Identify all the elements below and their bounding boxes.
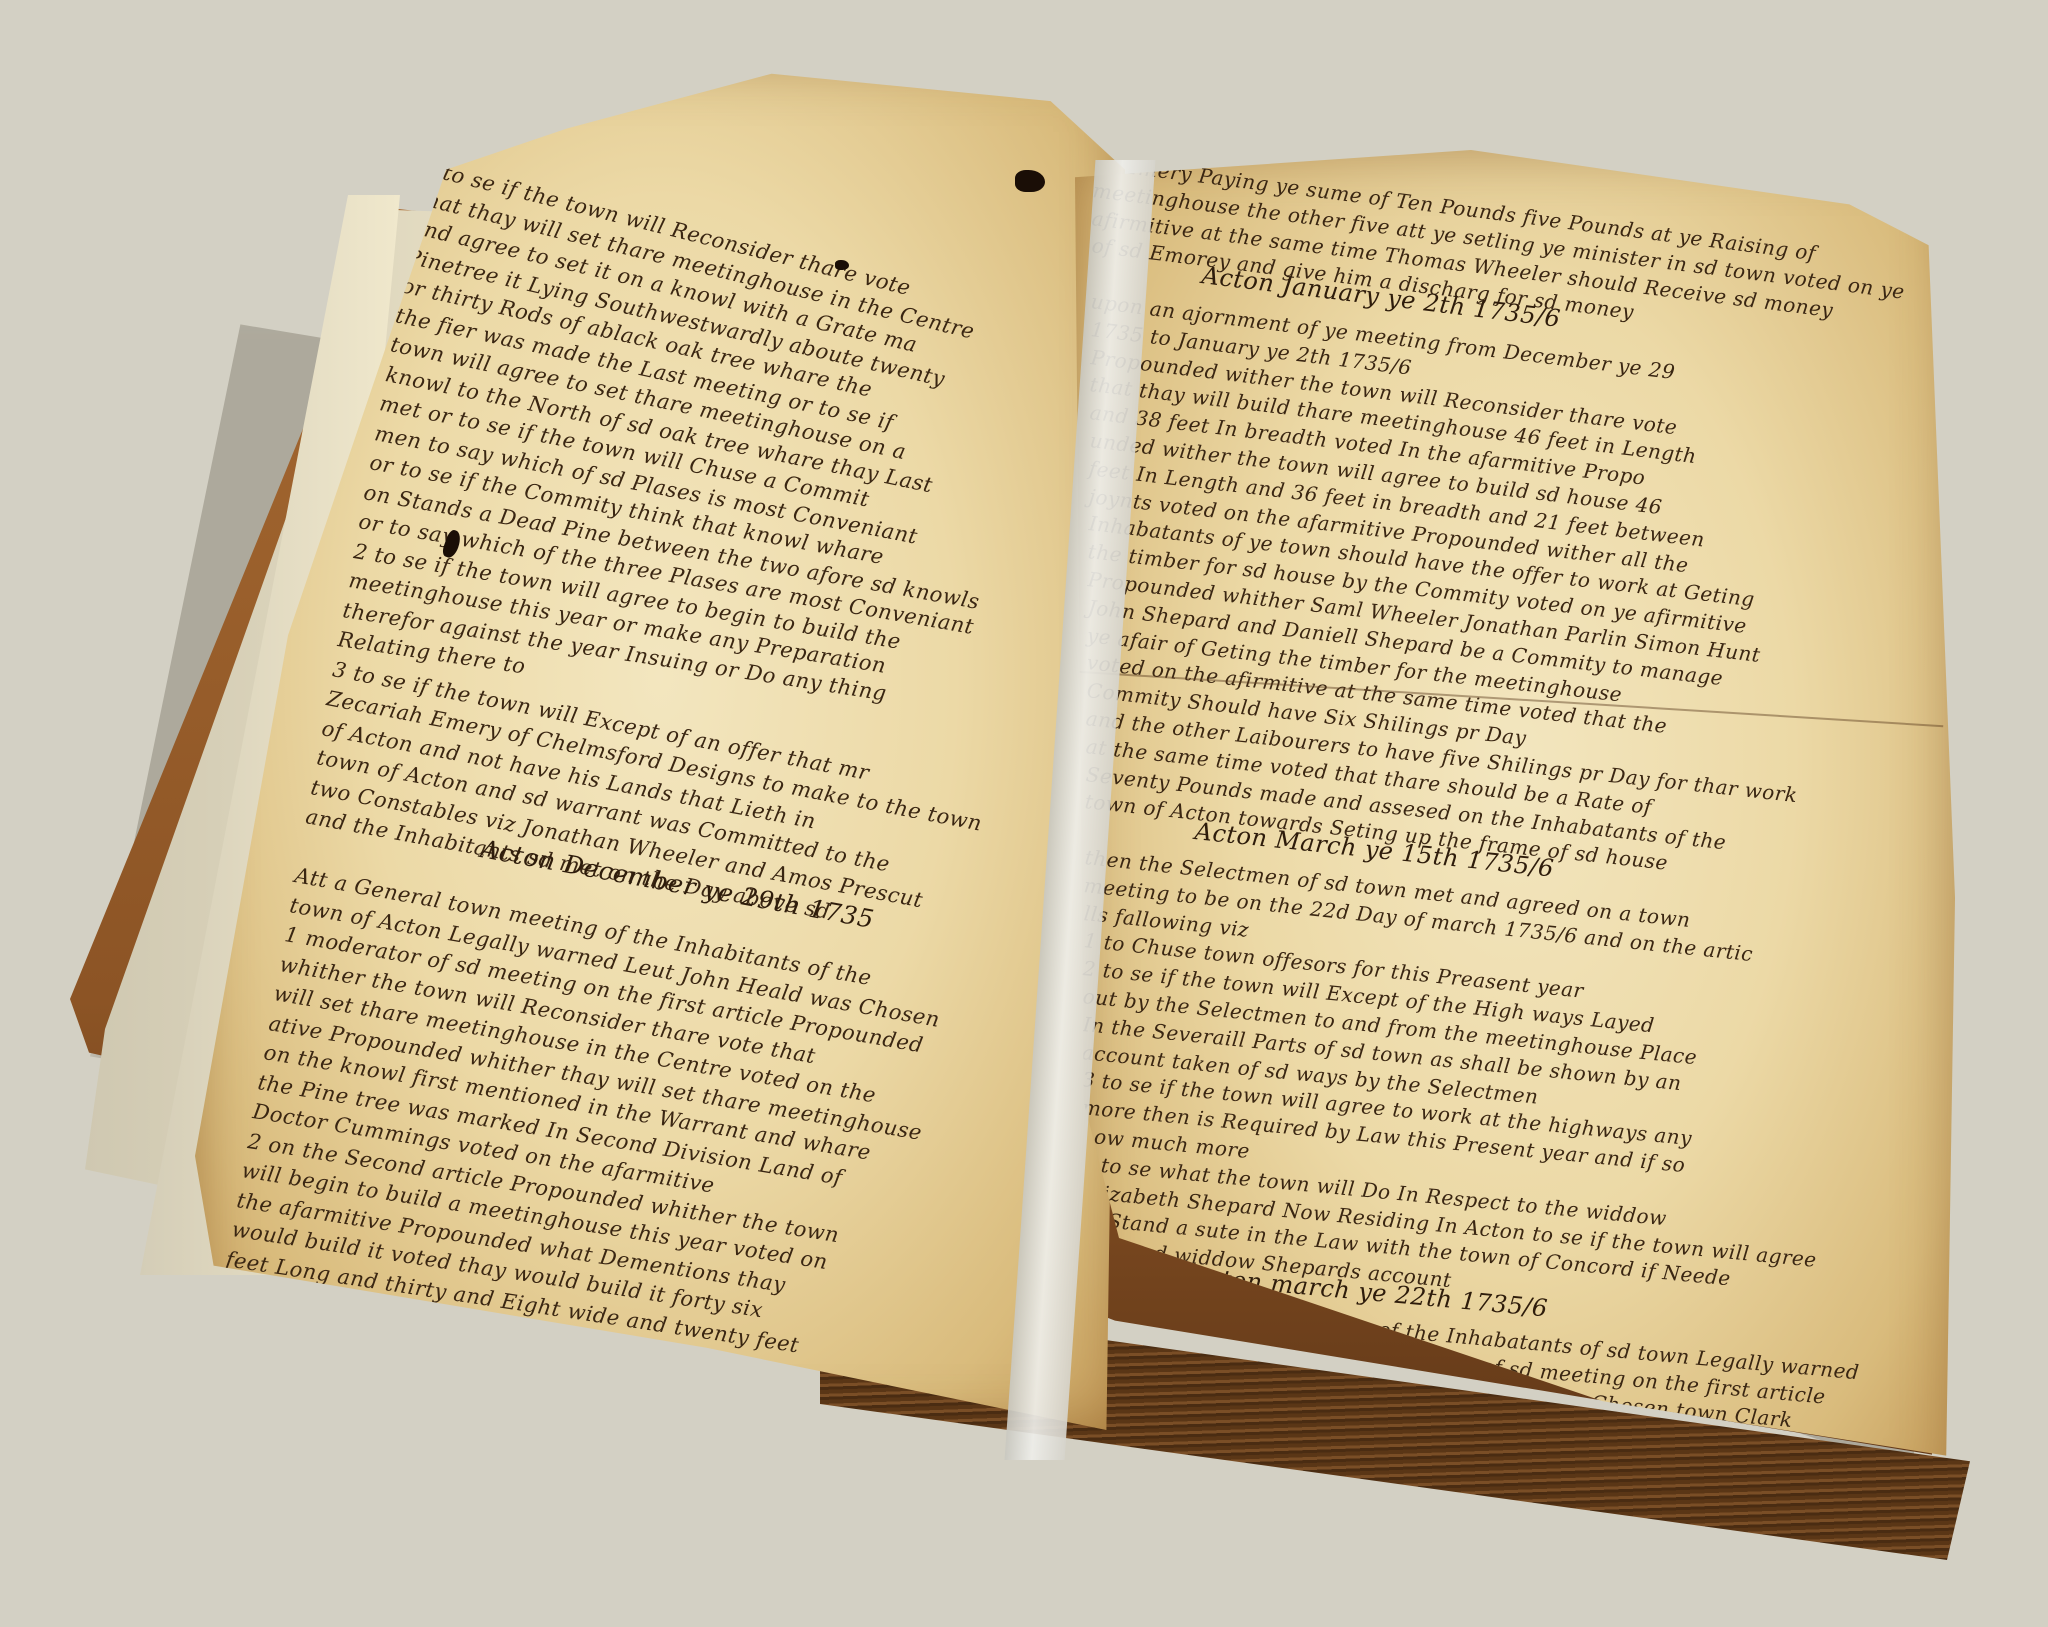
ink-blot: [622, 1399, 646, 1430]
manuscript-line: of Acton will free mr Zecariah Emery of …: [223, 1335, 832, 1430]
ink-blot: [835, 260, 849, 270]
ink-blot: [1015, 170, 1045, 192]
manuscript-line: In hight: [223, 1276, 314, 1313]
manuscript-line: space of six year from ye Date of this m…: [223, 1394, 734, 1430]
photo-scene: 1 to se if the town will Reconsider thar…: [0, 0, 2048, 1627]
